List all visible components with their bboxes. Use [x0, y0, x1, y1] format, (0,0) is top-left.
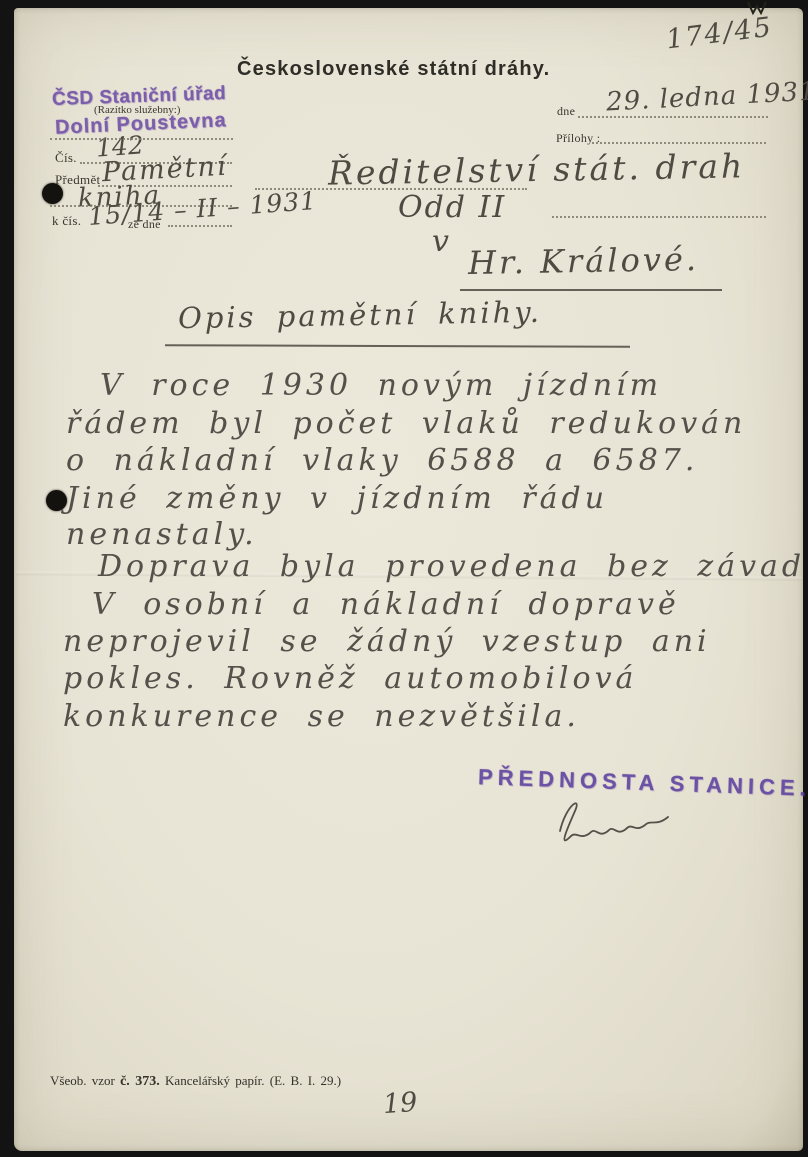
body-line: V roce 1930 novým jízdním — [100, 368, 662, 403]
ruled-line — [50, 138, 233, 140]
recipient-line4: Hr. Králové. — [468, 240, 700, 282]
ruled-line — [578, 116, 768, 118]
body-line: pokles. Rovněž automobilová — [63, 661, 637, 696]
page-number: 19 — [382, 1087, 418, 1120]
subject-title: Opis pamětní knihy. — [178, 295, 543, 335]
footer-note: Všeob. vzor č. 373. Kancelářský papír. (… — [50, 1073, 341, 1090]
hole-punch-bottom — [46, 490, 67, 511]
cis-label: Čís. — [55, 150, 77, 166]
signature — [538, 793, 678, 853]
ruled-line — [552, 216, 766, 218]
scanned-document: 174/45 Československé státní dráhy. ČSD … — [0, 0, 808, 1157]
body-line: řádem byl počet vlaků redukován — [66, 406, 746, 441]
ruled-line — [168, 225, 232, 227]
body-line: Jiné změny v jízdním řádu — [66, 481, 608, 516]
footer-note-part1: Všeob. vzor — [50, 1073, 115, 1088]
letterhead-title: Československé státní dráhy. — [237, 58, 550, 81]
recipient-line1: Ředitelství stát. drah — [328, 146, 746, 192]
recipient-underline — [460, 289, 722, 291]
footer-note-part2: č. 373. — [120, 1074, 160, 1089]
recipient-line3: v — [432, 224, 449, 259]
ruled-line — [592, 142, 766, 144]
footer-note-part3: Kancelářský papír. (E. B. I. 29.) — [165, 1073, 341, 1088]
recipient-line2: Odd II — [398, 190, 506, 225]
ze-dne-label: ze dne — [128, 217, 161, 232]
body-line: Doprava byla provedena bez závad. — [98, 549, 808, 584]
dne-label: dne — [557, 104, 575, 119]
body-line: neprojevil se žádný vzestup ani — [63, 624, 711, 659]
body-line: konkurence se nezvětšila. — [63, 699, 580, 734]
k-cis-label: k čís. — [52, 213, 81, 229]
body-line: o nákladní vlaky 6588 a 6587. — [66, 443, 698, 478]
body-line: V osobní a nákladní dopravě — [92, 587, 680, 622]
body-line: nenastaly. — [66, 517, 258, 552]
